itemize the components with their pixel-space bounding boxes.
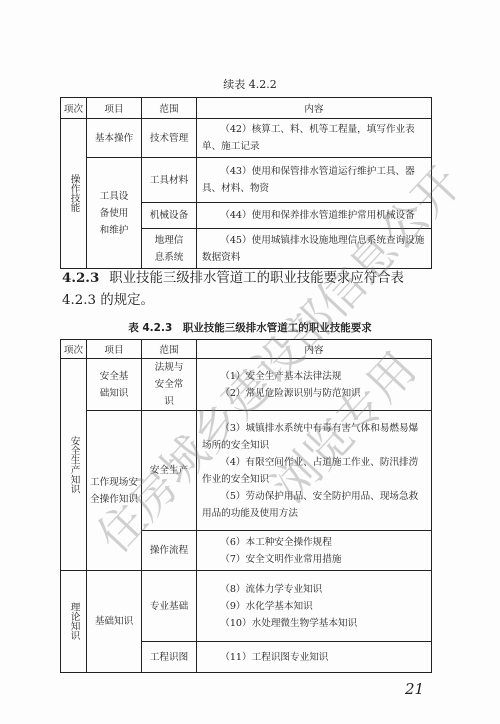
table-4-2-3: 项次 项目 范围 内容 安全生产知识 安全基础知识 法规与安全常识 （1）安全生… xyxy=(60,339,432,673)
scope-cell: 安全生产 xyxy=(142,411,197,531)
scope-cell: 法规与安全常识 xyxy=(142,359,197,411)
category-label: 安全生产知识 xyxy=(68,436,80,494)
header-index: 项次 xyxy=(61,98,87,119)
section-text: 职业技能三级排水管道工的职业技能要求应符合表 4.2.3 的规定。 xyxy=(62,271,404,308)
category-cell: 安全生产知识 xyxy=(61,359,87,571)
scope-cell: 工程识图 xyxy=(142,642,197,673)
header-scope: 范围 xyxy=(142,340,197,359)
category-cell: 理论知识 xyxy=(61,571,87,673)
item-cell: 安全基础知识 xyxy=(87,359,142,411)
header-content: 内容 xyxy=(197,340,432,359)
section-4-2-3-paragraph: 4.2.3职业技能三级排水管道工的职业技能要求应符合表 4.2.3 的规定。 xyxy=(62,267,434,312)
content-cell: （45）使用城镇排水设施地理信息系统查询设施数据资料 xyxy=(197,229,432,269)
table-header-row: 项次 项目 范围 内容 xyxy=(61,98,432,119)
table-row: 工具设备使用和维护 工具材料 （43）使用和保管排水管道运行维护工具、器具、材料… xyxy=(61,158,432,203)
header-item: 项目 xyxy=(87,340,142,359)
content-cell: （1）安全生产基本法律法规 （2）常见危险源识别与防范知识 xyxy=(197,359,432,411)
scope-cell: 专业基础 xyxy=(142,571,197,642)
content-cell: （42）核算工、料、机等工程量，填写作业表单、施工记录 xyxy=(197,119,432,158)
table-row: 工作现场安全操作知识 安全生产 （3）城镇排水系统中有毒有害气体和易燃易爆场所的… xyxy=(61,411,432,531)
content-cell: （43）使用和保管排水管道运行维护工具、器具、材料、物资 xyxy=(197,158,432,203)
table2-caption: 表 4.2.3 职业技能三级排水管道工的职业技能要求 xyxy=(0,320,500,335)
table1-caption: 续表 4.2.2 xyxy=(0,76,500,92)
item-cell: 工具设备使用和维护 xyxy=(87,158,142,269)
header-index: 项次 xyxy=(61,340,87,359)
section-number: 4.2.3 xyxy=(62,270,99,286)
table-4-2-2-continued: 项次 项目 范围 内容 操作技能 基本操作 技术管理 （42）核算工、料、机等工… xyxy=(60,97,432,269)
table-header-row: 项次 项目 范围 内容 xyxy=(61,340,432,359)
table-row: 操作技能 基本操作 技术管理 （42）核算工、料、机等工程量，填写作业表单、施工… xyxy=(61,119,432,158)
category-label: 理论知识 xyxy=(68,602,80,640)
content-cell: （44）使用和保养排水管道维护常用机械设备 xyxy=(197,203,432,229)
item-cell: 基本操作 xyxy=(87,119,142,158)
category-label: 操作技能 xyxy=(68,174,80,212)
item-cell: 基础知识 xyxy=(87,571,142,673)
scope-cell: 操作流程 xyxy=(142,531,197,571)
scope-cell: 地理信息系统 xyxy=(142,229,197,269)
table-row: 安全生产知识 安全基础知识 法规与安全常识 （1）安全生产基本法律法规 （2）常… xyxy=(61,359,432,411)
header-scope: 范围 xyxy=(142,98,197,119)
content-cell: （8）流体力学专业知识 （9）水化学基本知识 （10）水处理微生物学基本知识 xyxy=(197,571,432,642)
category-cell: 操作技能 xyxy=(61,119,87,269)
content-cell: （3）城镇排水系统中有毒有害气体和易燃易爆场所的安全知识 （4）有限空间作业、占… xyxy=(197,411,432,531)
scope-cell: 技术管理 xyxy=(142,119,197,158)
page-number: 21 xyxy=(405,680,424,698)
scope-cell: 工具材料 xyxy=(142,158,197,203)
item-cell: 工作现场安全操作知识 xyxy=(87,411,142,571)
scope-cell: 机械设备 xyxy=(142,203,197,229)
table-row: 理论知识 基础知识 专业基础 （8）流体力学专业知识 （9）水化学基本知识 （1… xyxy=(61,571,432,642)
header-item: 项目 xyxy=(87,98,142,119)
content-cell: （11）工程识图专业知识 xyxy=(197,642,432,673)
content-cell: （6）本工种安全操作规程 （7）安全文明作业常用措施 xyxy=(197,531,432,571)
header-content: 内容 xyxy=(197,98,432,119)
